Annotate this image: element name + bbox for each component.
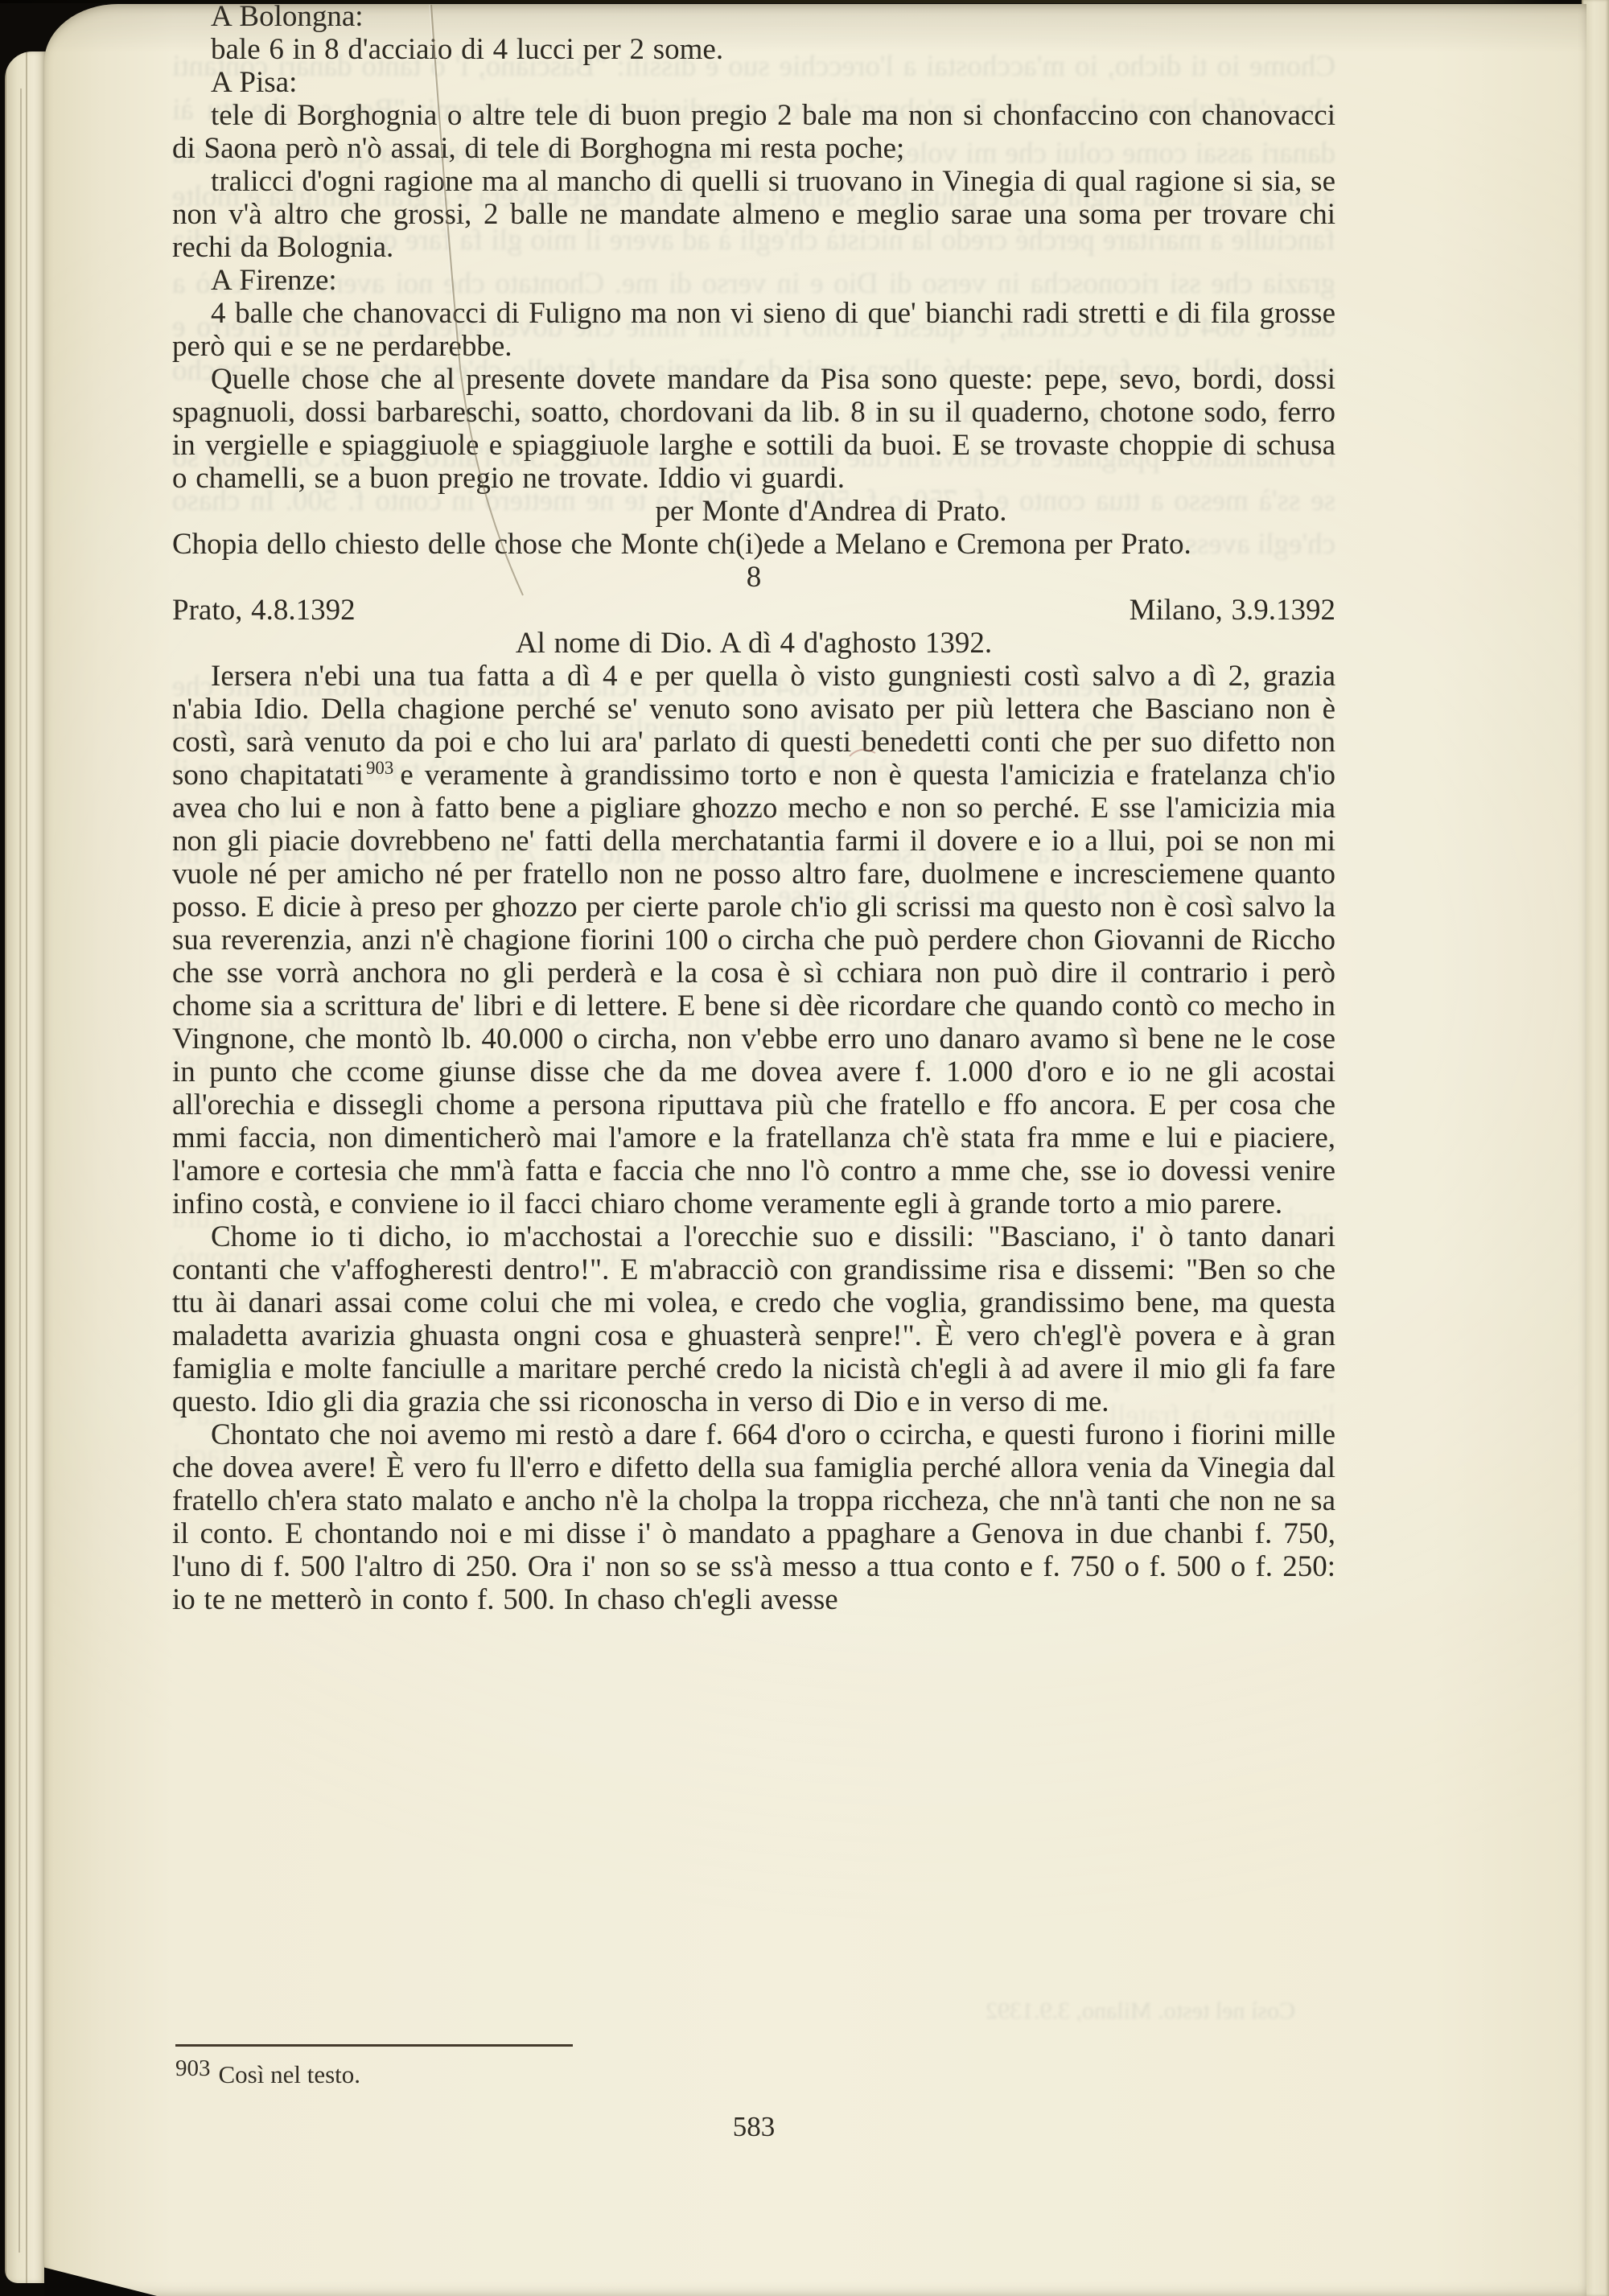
request-item: A Firenze: xyxy=(172,264,1335,297)
letter-paragraph: Chome io ti dicho, io m'acchostai a l'or… xyxy=(172,1220,1335,1418)
page-number: 583 xyxy=(172,2111,1335,2143)
request-item: Quelle chose che al presente dovete mand… xyxy=(172,363,1335,495)
salutation: Al nome di Dio. A dì 4 d'aghosto 1392. xyxy=(172,627,1335,660)
request-item: tele di Borghognia o altre tele di buon … xyxy=(172,99,1335,165)
footnote-text: Così nel testo. xyxy=(219,2060,361,2088)
dateline-origin: Prato, 4.8.1392 xyxy=(172,594,356,627)
signature-line: per Monte d'Andrea di Prato. xyxy=(249,495,1413,528)
footnote-ref-inline: 903 xyxy=(366,758,393,778)
request-item: A Pisa: xyxy=(172,66,1335,99)
request-item: A Bolongna: xyxy=(172,0,1335,33)
footnote: 903Così nel testo. xyxy=(175,2059,360,2091)
printed-text-column: A Bolongna: bale 6 in 8 d'acciaio di 4 l… xyxy=(172,0,1335,1616)
scan-top-edge-line xyxy=(0,0,1559,3)
request-item: 4 balle che chanovacci di Fuligno ma non… xyxy=(172,297,1335,363)
request-item: tralicci d'ogni ragione ma al mancho di … xyxy=(172,165,1335,264)
copy-note: Chopia dello chiesto delle chose che Mon… xyxy=(172,528,1335,561)
letter-paragraph: Iersera n'ebi una tua fatta a dì 4 e per… xyxy=(172,660,1335,1220)
paragraph-text: e veramente à grandissimo torto e non è … xyxy=(172,759,1335,1220)
footnote-rule xyxy=(175,2044,573,2047)
letter-paragraph: Chontato che noi avemo mi restò a dare f… xyxy=(172,1418,1335,1616)
dateline-destination: Milano, 3.9.1392 xyxy=(1130,594,1335,627)
left-page-stack-edge xyxy=(5,51,47,2283)
footnote-ref: 903 xyxy=(175,2055,211,2081)
letter-number: 8 xyxy=(172,561,1335,594)
dateline: Prato, 4.8.1392 Milano, 3.9.1392 xyxy=(172,594,1335,627)
request-item: bale 6 in 8 d'acciaio di 4 lucci per 2 s… xyxy=(172,33,1335,66)
book-page-scan: { "document": { "request_list": { "items… xyxy=(0,0,1609,2296)
